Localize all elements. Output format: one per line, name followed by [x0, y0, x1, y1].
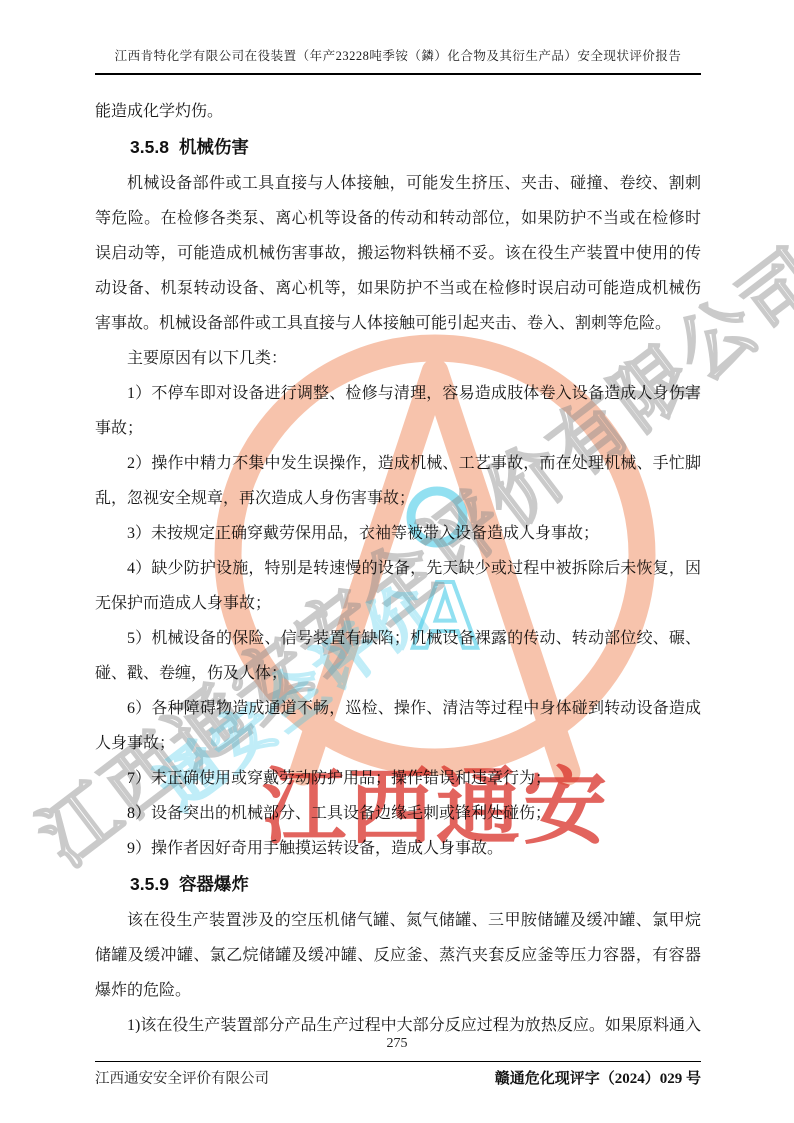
document-page: 江西肯特化学有限公司在役装置（年产23228吨季铵（鏻）化合物及其衍生产品）安全… [0, 0, 794, 1123]
footer-row: 江西通安安全评价有限公司 赣通危化现评字（2024）029 号 [95, 1067, 701, 1088]
paragraph: 主要原因有以下几类： [95, 341, 701, 376]
section-number: 3.5.8 [130, 137, 169, 157]
section-358-paragraphs: 机械设备部件或工具直接与人体接触，可能发生挤压、夹击、碰撞、卷绞、割刺等危险。在… [95, 166, 701, 866]
paragraph: 7）未正确使用或穿戴劳动防护用品；操作错误和违章行为； [95, 761, 701, 796]
section-title: 机械伤害 [179, 137, 249, 157]
paragraph: 该在役生产装置涉及的空压机储气罐、氮气储罐、三甲胺储罐及缓冲罐、氯甲烷储罐及缓冲… [95, 903, 701, 1008]
section-number: 3.5.9 [130, 874, 169, 894]
paragraph: 2）操作中精力不集中发生误操作，造成机械、工艺事故，而在处理机械、手忙脚乱，忽视… [95, 446, 701, 516]
section-title: 容器爆炸 [179, 874, 249, 894]
paragraph: 1）不停车即对设备进行调整、检修与清理，容易造成肢体卷入设备造成人身伤害事故； [95, 376, 701, 446]
paragraph: 8）设备突出的机械部分、工具设备边缘毛刺或锋利处碰伤； [95, 796, 701, 831]
section-359-paragraphs: 该在役生产装置涉及的空压机储气罐、氮气储罐、三甲胺储罐及缓冲罐、氯甲烷储罐及缓冲… [95, 903, 701, 1040]
paragraph: 6）各种障碍物造成通道不畅，巡检、操作、清洁等过程中身体碰到转动设备造成人身事故… [95, 691, 701, 761]
page-number: 275 [0, 1036, 794, 1052]
footer-doc-number: 赣通危化现评字（2024）029 号 [495, 1067, 701, 1088]
page-footer: 275 江西通安安全评价有限公司 赣通危化现评字（2024）029 号 [0, 1033, 794, 1123]
paragraph: 9）操作者因好奇用手触摸运转设备，造成人身事故。 [95, 831, 701, 866]
section-heading-358: 3.5.8机械伤害 [95, 129, 701, 166]
footer-company: 江西通安安全评价有限公司 [95, 1067, 269, 1088]
paragraph: 机械设备部件或工具直接与人体接触，可能发生挤压、夹击、碰撞、卷绞、割刺等危险。在… [95, 166, 701, 341]
paragraph: 4）缺少防护设施，特别是转速慢的设备，先天缺少或过程中被拆除后未恢复，因无保护而… [95, 551, 701, 621]
intro-line: 能造成化学灼伤。 [95, 94, 701, 129]
paragraph: 5）机械设备的保险、信号装置有缺陷；机械设备裸露的传动、转动部位绞、碾、碰、戳、… [95, 621, 701, 691]
page-header: 江西肯特化学有限公司在役装置（年产23228吨季铵（鏻）化合物及其衍生产品）安全… [95, 46, 701, 75]
paragraph: 3）未按规定正确穿戴劳保用品，衣袖等被带入设备造成人身事故； [95, 516, 701, 551]
footer-divider [95, 1061, 701, 1062]
section-heading-359: 3.5.9容器爆炸 [95, 866, 701, 903]
document-body: 能造成化学灼伤。 3.5.8机械伤害 机械设备部件或工具直接与人体接触，可能发生… [95, 94, 701, 1040]
header-title: 江西肯特化学有限公司在役装置（年产23228吨季铵（鏻）化合物及其衍生产品）安全… [115, 49, 682, 63]
